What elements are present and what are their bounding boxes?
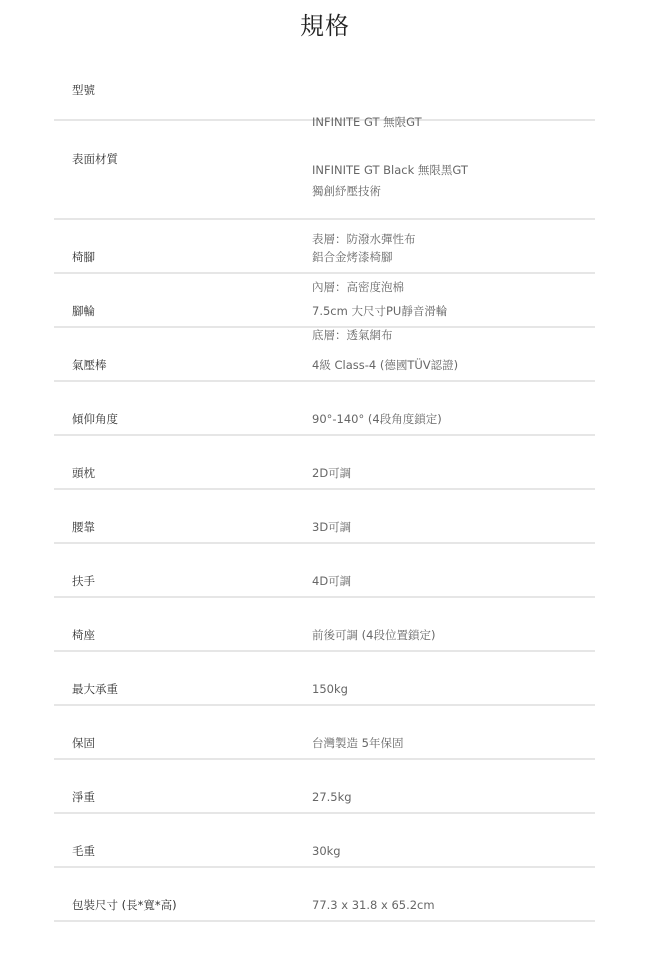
spec-row-gross-weight: 毛重 30kg — [54, 814, 595, 868]
spec-value: 4級 Class-4 (德國TÜV認證) — [312, 357, 458, 373]
spec-label: 包裝尺寸 (長*寬*高) — [72, 897, 177, 913]
spec-row-lumbar: 腰靠 3D可調 — [54, 490, 595, 544]
spec-label: 椅腳 — [72, 249, 95, 265]
spec-value: 2D可調 — [312, 465, 351, 481]
spec-label: 淨重 — [72, 789, 95, 805]
spec-value: 7.5cm 大尺寸PU靜音滑輪 — [312, 303, 447, 319]
spec-label: 扶手 — [72, 573, 95, 589]
spec-value: 27.5kg — [312, 789, 352, 805]
spec-row-package-size: 包裝尺寸 (長*寬*高) 77.3 x 31.8 x 65.2cm — [54, 868, 595, 922]
spec-row-material: 表面材質 獨創紓壓技術 表層：防潑水彈性布 內層：高密度泡棉 底層：透氣網布 — [54, 121, 595, 220]
spec-label: 頭枕 — [72, 465, 95, 481]
spec-value: 4D可調 — [312, 573, 351, 589]
spec-value: 3D可調 — [312, 519, 351, 535]
spec-row-seat: 椅座 前後可調 (4段位置鎖定) — [54, 598, 595, 652]
spec-row-max-load: 最大承重 150kg — [54, 652, 595, 706]
spec-row-net-weight: 淨重 27.5kg — [54, 760, 595, 814]
spec-label: 毛重 — [72, 843, 95, 859]
spec-label: 腰靠 — [72, 519, 95, 535]
spec-row-recline: 傾仰角度 90°-140° (4段角度鎖定) — [54, 382, 595, 436]
spec-value: 前後可調 (4段位置鎖定) — [312, 627, 435, 643]
spec-label: 椅座 — [72, 627, 95, 643]
spec-label: 型號 — [72, 82, 95, 98]
spec-label: 腳輪 — [72, 303, 95, 319]
spec-value: 台灣製造 5年保固 — [312, 735, 403, 751]
spec-row-headrest: 頭枕 2D可調 — [54, 436, 595, 490]
spec-value: 鋁合金烤漆椅腳 — [312, 249, 393, 265]
page-title: 規格 — [0, 8, 650, 44]
spec-row-warranty: 保固 台灣製造 5年保固 — [54, 706, 595, 760]
spec-value: 77.3 x 31.8 x 65.2cm — [312, 897, 435, 913]
spec-label: 傾仰角度 — [72, 411, 118, 427]
spec-table: 型號 INFINITE GT 無限GT INFINITE GT Black 無限… — [54, 66, 595, 922]
spec-label: 氣壓棒 — [72, 357, 107, 373]
spec-row-legs: 椅腳 鋁合金烤漆椅腳 — [54, 220, 595, 274]
spec-label: 保固 — [72, 735, 95, 751]
spec-value: 30kg — [312, 843, 341, 859]
spec-row-gas-lift: 氣壓棒 4級 Class-4 (德國TÜV認證) — [54, 328, 595, 382]
spec-value: 90°-140° (4段角度鎖定) — [312, 411, 442, 427]
spec-value-line: 獨創紓壓技術 — [312, 183, 416, 199]
spec-row-casters: 腳輪 7.5cm 大尺寸PU靜音滑輪 — [54, 274, 595, 328]
spec-row-model: 型號 INFINITE GT 無限GT INFINITE GT Black 無限… — [54, 66, 595, 121]
spec-value: 150kg — [312, 681, 348, 697]
spec-row-armrest: 扶手 4D可調 — [54, 544, 595, 598]
spec-label: 表面材質 — [72, 151, 118, 167]
spec-label: 最大承重 — [72, 681, 118, 697]
